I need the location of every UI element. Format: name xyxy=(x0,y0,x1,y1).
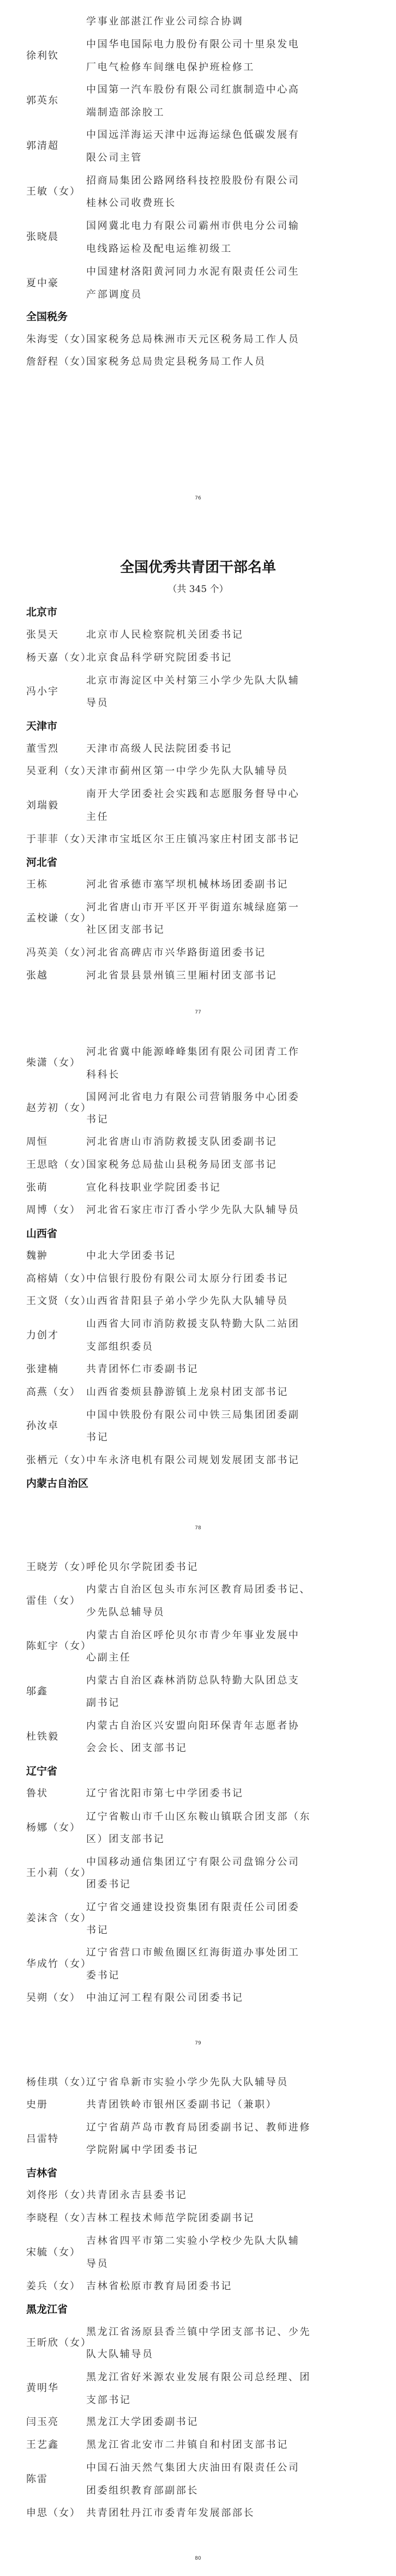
honoree-name: 孙汝卓 xyxy=(26,1420,59,1432)
honoree-name: 张建楠 xyxy=(26,1364,59,1376)
position-line: 山西省昔阳县子弟小学少先队大队辅导员 xyxy=(86,1295,289,1307)
position-line: 河北省冀中能源峰峰集团有限公司团青工作 xyxy=(86,1046,299,1058)
honoree-name: 邬鑫 xyxy=(26,1686,48,1698)
position-line: 书记 xyxy=(86,1925,109,1936)
position-line: 共青团永吉县委书记 xyxy=(86,2189,187,2201)
honoree-name: 陈虹宇（女） xyxy=(26,1640,92,1652)
position-line: 吉林省四平市第二实验小学校少先队大队辅 xyxy=(86,2235,299,2247)
position-line: 中国移动通信集团辽宁有限公司盘锦分公司 xyxy=(86,1856,299,1868)
position-line: 中北大学团委书记 xyxy=(86,1250,176,1262)
honoree-name: 赵芳初（女） xyxy=(26,1102,92,1114)
honoree-name: 孟校谦（女） xyxy=(26,913,92,925)
honoree-name: 雷佳（女） xyxy=(26,1595,81,1607)
honoree-name: 朱海雯（女） xyxy=(26,334,92,346)
position-line: 黑龙江省好米源农业发展有限公司总经理、团 xyxy=(86,2372,311,2384)
section-heading: 天津市 xyxy=(26,720,57,732)
honoree-name: 魏翀 xyxy=(26,1250,48,1262)
honoree-name: 吴亚利（女） xyxy=(26,765,92,777)
position-line: 天津市宝坻区尔王庄镇冯家庄村团支部书记 xyxy=(86,834,299,846)
position-line: 辽宁省营口市鲅鱼圈区红海街道办事处团工 xyxy=(86,1947,299,1959)
position-line: 中信银行股份有限公司太原分行团委书记 xyxy=(86,1273,289,1285)
position-line: 社区团支部书记 xyxy=(86,924,165,936)
honoree-name: 吴朔（女） xyxy=(26,1992,81,2004)
position-line: 黑龙江大学团委副书记 xyxy=(86,2416,199,2428)
section-heading: 吉林省 xyxy=(26,2167,57,2179)
honoree-name: 吕雷特 xyxy=(26,2133,59,2145)
section-heading: 全国税务 xyxy=(26,311,68,323)
honoree-name: 刘瑞毅 xyxy=(26,800,59,812)
honoree-name: 姜兵（女） xyxy=(26,2281,81,2293)
honoree-name: 夏中豪 xyxy=(26,277,59,289)
honoree-name: 华成竹（女） xyxy=(26,1958,92,1970)
position-line: 河北省承德市塞罕坝机械林场团委副书记 xyxy=(86,879,289,891)
section-heading: 辽宁省 xyxy=(26,1765,57,1777)
position-line: 内蒙古自治区呼伦贝尔市青少年事业发展中 xyxy=(86,1630,299,1642)
position-line: 辽宁省阜新市实验小学少先队大队辅导员 xyxy=(86,2077,289,2089)
position-line: 团委组织教育部副部长 xyxy=(86,2485,199,2497)
position-line: 会会长、团支部书记 xyxy=(86,1742,187,1754)
position-line: 招商局集团公路网络科技控股股份有限公司 xyxy=(86,175,299,187)
position-line: 内蒙古自治区森林消防总队特勤大队团总支 xyxy=(86,1675,299,1687)
position-line: 导员 xyxy=(86,697,109,709)
honoree-name: 王思晗（女） xyxy=(26,1159,92,1171)
section-heading: 山西省 xyxy=(26,1228,57,1240)
position-line: 北京市人民检察院机关团委书记 xyxy=(86,629,243,641)
position-line: 委书记 xyxy=(86,1970,120,1982)
honoree-name: 王昕欣（女） xyxy=(26,2337,92,2349)
position-line: 中国中铁股份有限公司中铁三局集团团委副 xyxy=(86,1409,299,1421)
position-line: 书记 xyxy=(86,1114,109,1126)
honoree-name: 郭英东 xyxy=(26,95,59,107)
position-line: 书记 xyxy=(86,1432,109,1444)
position-line: 团委书记 xyxy=(86,1879,131,1891)
page-number: 78 xyxy=(0,1525,396,1531)
position-line: 科科长 xyxy=(86,1069,120,1081)
honoree-name: 张越 xyxy=(26,970,48,982)
position-line: 辽宁省葫芦岛市教育局团委副书记、教师进修 xyxy=(86,2122,311,2134)
position-line: 厂电气检修车间继电保护班检修工 xyxy=(86,62,255,74)
position-line: 北京食品科学研究院团委书记 xyxy=(86,652,232,664)
position-line: 共青团铁岭市银州区委副书记（兼职） xyxy=(86,2099,277,2111)
honoree-name: 张晓晨 xyxy=(26,231,59,243)
honoree-name: 张萌 xyxy=(26,1182,48,1194)
honoree-name: 张栖元（女） xyxy=(26,1455,92,1467)
honoree-name: 周博（女） xyxy=(26,1204,81,1216)
position-line: 河北省石家庄市汀香小学少先队大队辅导员 xyxy=(86,1204,299,1216)
section-heading: 河北省 xyxy=(26,856,57,868)
position-line: 国网河北省电力有限公司营销服务中心团委 xyxy=(86,1091,299,1103)
position-line: 内蒙古自治区包头市东河区教育局团委书记、 xyxy=(86,1584,311,1596)
position-line: 河北省景县景州镇三里厢村团支部书记 xyxy=(86,970,277,982)
honoree-name: 王小莉（女） xyxy=(26,1867,92,1879)
position-line: 山西省娄烦县静游镇上龙泉村团支部书记 xyxy=(86,1386,289,1398)
position-line: 天津市蓟州区第一中学少先队大队辅导员 xyxy=(86,765,289,777)
position-line: 中油辽河工程有限公司团委书记 xyxy=(86,1992,243,2004)
position-line: 国网冀北电力有限公司霸州市供电分公司输 xyxy=(86,220,299,232)
position-line: 共青团牡丹江市委青年发展部部长 xyxy=(86,2507,255,2519)
position-line: 呼伦贝尔学院团委书记 xyxy=(86,1561,199,1573)
position-line: 黑龙江省北安市二井镇自和村团支部书记 xyxy=(86,2439,289,2451)
position-line: 辽宁省交通建设投资集团有限责任公司团委 xyxy=(86,1902,299,1914)
honoree-name: 王文贤（女） xyxy=(26,1295,92,1307)
section-heading: 黑龙江省 xyxy=(26,2303,68,2315)
page-number: 79 xyxy=(0,2041,396,2046)
honoree-name: 杨娜（女） xyxy=(26,1822,81,1834)
list-title: 全国优秀共青团干部名单 xyxy=(0,556,396,576)
position-line: 电线路运检及配电运维初级工 xyxy=(86,243,232,255)
page-number: 76 xyxy=(0,496,396,501)
position-line: 辽宁省鞍山市千山区东鞍山镇联合团支部（东 xyxy=(86,1811,311,1823)
page-number: 80 xyxy=(0,2556,396,2561)
position-line: 河北省唐山市消防救援支队团委副书记 xyxy=(86,1136,277,1148)
honoree-name: 郭清超 xyxy=(26,140,59,152)
honoree-name: 杜铁毅 xyxy=(26,1731,59,1743)
honoree-name: 王艺鑫 xyxy=(26,2439,59,2451)
honoree-name: 黄明华 xyxy=(26,2382,59,2394)
position-line: 河北省高碑店市兴华路街道团委书记 xyxy=(86,947,266,959)
honoree-name: 申思（女） xyxy=(26,2507,81,2519)
honoree-name: 董雪烈 xyxy=(26,743,59,755)
position-line: 桂林公司收费班长 xyxy=(86,197,176,209)
position-line: 学院附属中学团委书记 xyxy=(86,2144,199,2156)
position-line: 中国第一汽车股份有限公司红旗制造中心高 xyxy=(86,84,299,96)
position-line: 中国建材洛阳黄河同力水泥有限责任公司生 xyxy=(86,266,299,278)
honoree-name: 刘佟彤（女） xyxy=(26,2189,92,2201)
position-line: 限公司主管 xyxy=(86,152,142,164)
position-line: 南开大学团委社会实践和志愿服务督导中心 xyxy=(86,788,299,800)
honoree-name: 柴潇（女） xyxy=(26,1057,81,1069)
honoree-name: 力创才 xyxy=(26,1330,59,1342)
list-subtitle-count: （共 345 个） xyxy=(0,581,396,595)
honoree-name: 高榕婧（女） xyxy=(26,1273,92,1285)
position-line: 支部书记 xyxy=(86,2394,131,2406)
position-line: 心副主任 xyxy=(86,1652,131,1664)
honoree-name: 宋毓（女） xyxy=(26,2247,81,2259)
honoree-name: 杨天嘉（女） xyxy=(26,652,92,664)
position-line: 天津市高级人民法院团委书记 xyxy=(86,743,232,755)
position-line: 吉林省松原市教育局团委书记 xyxy=(86,2281,232,2293)
position-line: 中国华电国际电力股份有限公司十里泉发电 xyxy=(86,39,299,51)
honoree-name: 张昊天 xyxy=(26,629,59,641)
honoree-name: 史册 xyxy=(26,2099,48,2111)
position-line: 副书记 xyxy=(86,1697,120,1709)
position-line: 宣化科技职业学院团委书记 xyxy=(86,1182,221,1194)
section-heading: 北京市 xyxy=(26,606,57,618)
honoree-name: 徐利钦 xyxy=(26,50,59,62)
position-line: 导员 xyxy=(86,2258,109,2270)
honoree-name: 陈雷 xyxy=(26,2474,48,2485)
honoree-name: 冯小宇 xyxy=(26,686,59,698)
position-line: 内蒙古自治区兴安盟向阳环保青年志愿者协 xyxy=(86,1720,299,1732)
honoree-name: 鲁状 xyxy=(26,1788,48,1800)
honoree-name: 姜沫含（女） xyxy=(26,1913,92,1925)
section-heading: 内蒙古自治区 xyxy=(26,1477,88,1489)
position-line: 黑龙江省汤原县香兰镇中学团支部书记、少先 xyxy=(86,2326,311,2338)
honoree-name: 冯英美（女） xyxy=(26,947,92,959)
honoree-name: 闫玉亮 xyxy=(26,2416,59,2428)
honoree-name: 王敏（女） xyxy=(26,186,81,198)
position-line: 学事业部湛江作业公司综合协调 xyxy=(86,16,243,28)
position-line: 支部组织委员 xyxy=(86,1341,154,1353)
position-line: 吉林工程技术师范学院团委副书记 xyxy=(86,2212,255,2224)
position-line: 中国石油天然气集团大庆油田有限责任公司 xyxy=(86,2462,299,2474)
position-line: 北京市海淀区中关村第三小学少先队大队辅 xyxy=(86,675,299,687)
honoree-name: 詹舒程（女） xyxy=(26,356,92,368)
position-line: 山西省大同市消防救援支队特勤大队二站团 xyxy=(86,1318,299,1330)
position-line: 国家税务总局盐山县税务局团支部书记 xyxy=(86,1159,277,1171)
position-line: 主任 xyxy=(86,811,109,823)
position-line: 共青团怀仁市委副书记 xyxy=(86,1364,199,1376)
position-line: 国家税务总局株洲市天元区税务局工作人员 xyxy=(86,334,299,346)
honoree-name: 于菲菲（女） xyxy=(26,834,92,846)
position-line: 中国远洋海运天津中远海运绿色低碳发展有 xyxy=(86,129,299,141)
position-line: 少先队总辅导员 xyxy=(86,1607,165,1619)
honoree-name: 杨佳琪（女） xyxy=(26,2077,92,2089)
honoree-name: 周恒 xyxy=(26,1136,48,1148)
position-line: 国家税务总局贵定县税务局工作人员 xyxy=(86,356,266,368)
position-line: 中车永济电机有限公司规划发展团支部书记 xyxy=(86,1455,299,1467)
honoree-name: 王晓芳（女） xyxy=(26,1561,92,1573)
position-line: 端制造部涂胶工 xyxy=(86,107,165,119)
honoree-name: 高燕（女） xyxy=(26,1386,81,1398)
position-line: 队大队辅导员 xyxy=(86,2349,154,2361)
document-page: 全国优秀共青团干部名单 （共 345 个） 全国税务北京市天津市河北省山西省内蒙… xyxy=(0,0,396,2576)
honoree-name: 李晓程（女） xyxy=(26,2212,92,2224)
position-line: 河北省唐山市开平区开平街道东城绿庭第一 xyxy=(86,902,299,914)
position-line: 辽宁省沈阳市第七中学团委书记 xyxy=(86,1788,243,1800)
honoree-name: 王栋 xyxy=(26,879,48,891)
position-line: 区）团支部书记 xyxy=(86,1833,165,1845)
position-line: 产部调度员 xyxy=(86,289,142,301)
page-number: 77 xyxy=(0,1010,396,1015)
